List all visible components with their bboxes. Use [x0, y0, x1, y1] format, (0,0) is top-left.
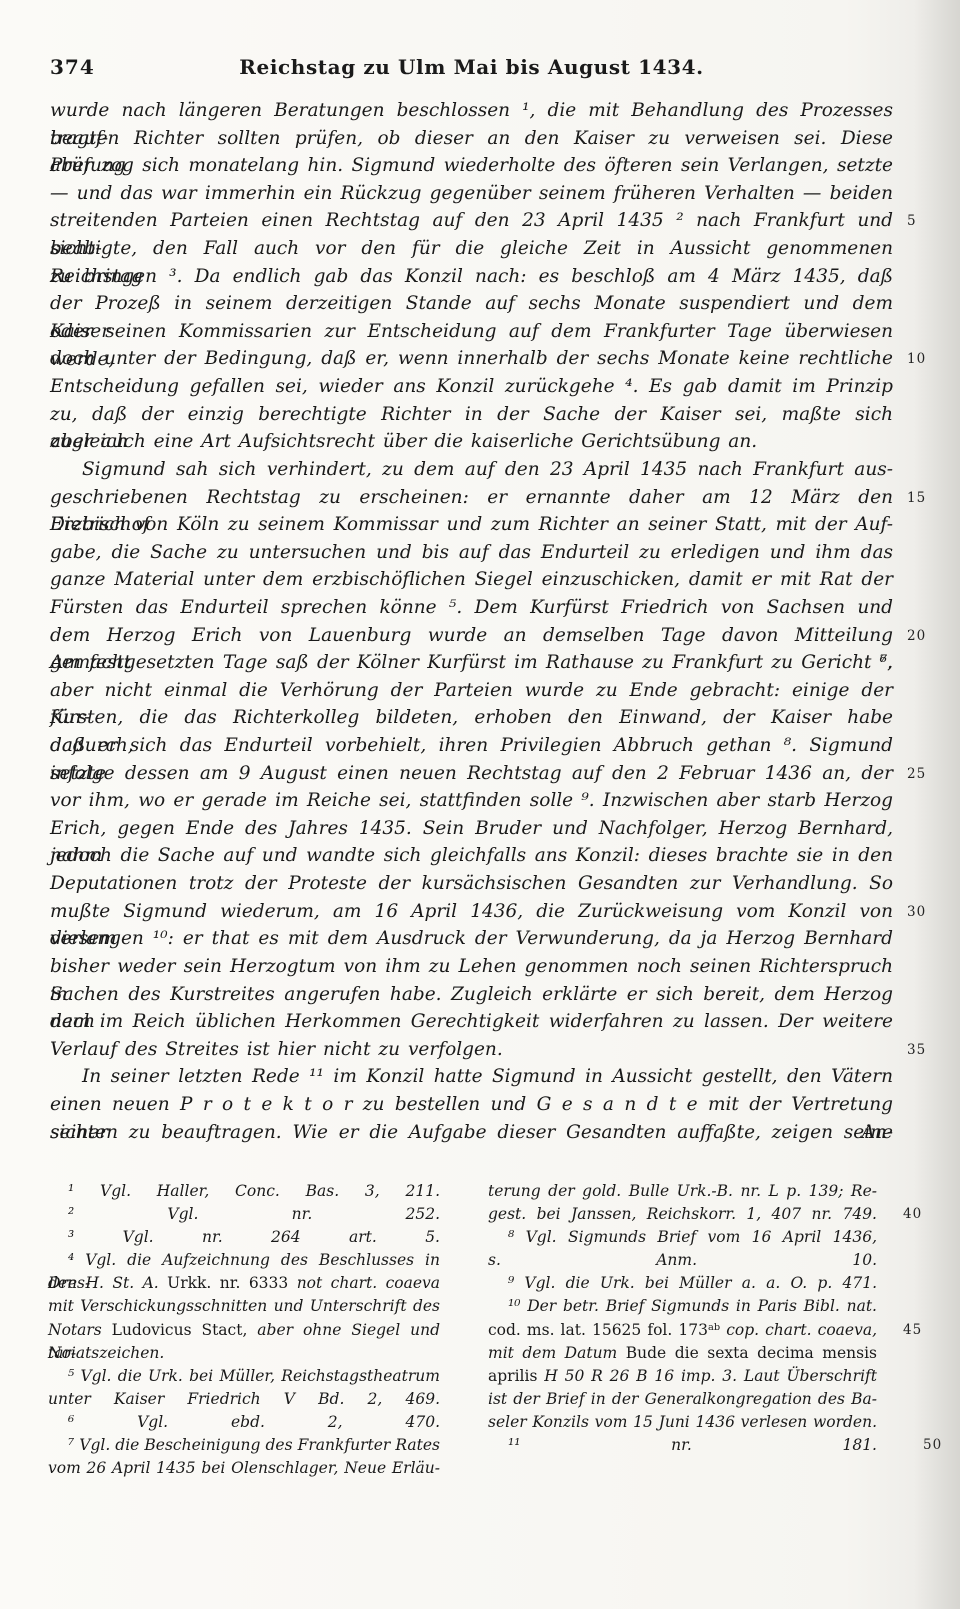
footnote-line: ist der Brief in der Generalkongregation… [488, 1388, 877, 1411]
body-line: wurde nach längeren Beratungen beschloss… [50, 97, 893, 125]
text-segment: gabe, die Sache zu untersuchen und bis a… [50, 542, 893, 563]
text-segment: den H. St. A. [48, 1274, 167, 1292]
footnote-line: ³ Vgl. nr. 264 art. 5. [48, 1226, 440, 1249]
text-segment: ² Vgl. nr. 252. [68, 1205, 440, 1223]
footnote-line: mit Verschickungsschnitten und Unterschr… [48, 1295, 440, 1318]
body-line: infolge dessen am 9 August einen neuen R… [50, 760, 893, 788]
text-segment: tariatszeichen. [48, 1344, 164, 1362]
footnote-line: cod. ms. lat. 15625 fol. 173ᵃᵇ cop. char… [488, 1319, 877, 1342]
body-line: fürsten, die das Richterkolleg bildeten,… [50, 704, 893, 732]
footnote-line: seler Konzils vom 15 Juni 1436 verlesen … [488, 1411, 877, 1434]
footnote-line: ⁵ Vgl. die Urk. bei Müller, Reichstagsth… [48, 1365, 440, 1388]
margin-line-number: 35 [907, 1037, 926, 1065]
margin-line-number: 50 [903, 1434, 942, 1457]
roman-text-segment: Ludovicus Stact, [112, 1321, 248, 1339]
text-segment: ¹⁰ Der betr. Brief Sigmunds in Paris Bib… [508, 1297, 877, 1315]
body-line: Am festgesetzten Tage saß der Kölner Kur… [50, 649, 893, 677]
margin-line-number: 25 [907, 761, 926, 789]
footnote-line: ⁸ Vgl. Sigmunds Brief vom 16 April 1436, [488, 1226, 877, 1249]
body-line: In seiner letzten Rede ¹¹ im Konzil hatt… [50, 1063, 893, 1091]
body-line: der Prozeß in seinem derzeitigen Stande … [50, 290, 893, 318]
text-segment: Sigmund sah sich verhindert, zu dem auf … [82, 459, 893, 480]
body-line: tragten Richter sollten prüfen, ob diese… [50, 125, 893, 153]
text-segment: seler Konzils vom 15 Juni 1436 verlesen … [488, 1413, 877, 1431]
body-line: gabe, die Sache zu untersuchen und bis a… [50, 539, 893, 567]
footnote-line: unter Kaiser Friedrich V Bd. 2, 469. [48, 1388, 440, 1411]
page-header: 374 Reichstag zu Ulm Mai bis August 1434… [50, 55, 893, 83]
body-line: streitenden Parteien einen Rechtstag auf… [50, 207, 893, 235]
roman-text-segment: Bude die sexta decima mensis [626, 1344, 877, 1362]
text-segment: Fürsten das Endurteil sprechen könne ⁵. … [50, 597, 893, 618]
footnote-line: terung der gold. Bulle Urk.-B. nr. L p. … [488, 1180, 877, 1203]
text-segment: cop. chart. coaeva, [726, 1321, 877, 1339]
margin-line-number: 15 [907, 485, 926, 513]
page-number: 374 [50, 55, 95, 79]
text-segment: ⁹ Vgl. die Urk. bei Müller a. a. O. p. 4… [508, 1274, 877, 1292]
body-line: Dietrich von Köln zu seinem Kommissar un… [50, 511, 893, 539]
text-segment: aber auch eine Art Aufsichtsrecht über d… [50, 431, 757, 452]
text-segment: aber zog sich monatelang hin. Sigmund wi… [50, 155, 893, 176]
text-segment: Dietrich von Köln zu seinem Kommissar un… [50, 514, 893, 535]
body-line: Deputationen trotz der Proteste der kurs… [50, 870, 893, 898]
footnote-line: gest. bei Janssen, Reichskorr. 1, 407 nr… [488, 1203, 877, 1226]
body-line: aber nicht einmal die Verhörung der Part… [50, 677, 893, 705]
text-segment: verlangen ¹⁰: er that es mit dem Ausdruc… [50, 928, 893, 949]
body-line: verlangen ¹⁰: er that es mit dem Ausdruc… [50, 925, 893, 953]
body-line: — und das war immerhin ein Rückzug gegen… [50, 180, 893, 208]
roman-text-segment: Urkk. nr. 6333 [167, 1274, 297, 1292]
body-line: Sigmund sah sich verhindert, zu dem auf … [50, 456, 893, 484]
body-line: daß er sich das Endurteil vorbehielt, ih… [50, 732, 893, 760]
body-line: aber auch eine Art Aufsichtsrecht über d… [50, 428, 893, 456]
text-segment: ¹ Vgl. Haller, Conc. Bas. 3, 211. [68, 1182, 440, 1200]
body-line: mußte Sigmund wiederum, am 16 April 1436… [50, 898, 893, 926]
text-segment: Verlauf des Streites ist hier nicht zu v… [50, 1039, 503, 1060]
margin-line-number: 5 [907, 208, 917, 236]
footnote-line: ¹⁰ Der betr. Brief Sigmunds in Paris Bib… [488, 1295, 877, 1318]
body-line: doch unter der Bedingung, daß er, wenn i… [50, 345, 893, 373]
text-segment: In seiner letzten Rede ¹¹ im Konzil hatt… [82, 1066, 893, 1087]
body-line: geschriebenen Rechtstag zu erscheinen: e… [50, 484, 893, 512]
margin-line-number: 10 [907, 346, 926, 374]
margin-line-number: 20 [907, 623, 926, 651]
footnote-line: ² Vgl. nr. 252. [48, 1203, 440, 1226]
text-segment: not chart. coaeva [297, 1274, 440, 1292]
footnote-line: ⁷ Vgl. die Bescheinigung des Frankfurter… [48, 1434, 440, 1457]
footnote-line: ⁴ Vgl. die Aufzeichnung des Beschlusses … [48, 1249, 440, 1272]
footnotes-left-column: ¹ Vgl. Haller, Conc. Bas. 3, 211.² Vgl. … [48, 1180, 440, 1480]
body-line: dem im Reich üblichen Herkommen Gerechti… [50, 1008, 893, 1036]
footnote-line: ¹ Vgl. Haller, Conc. Bas. 3, 211. [48, 1180, 440, 1203]
text-segment: zu bringen ³. Da endlich gab das Konzil … [50, 266, 893, 287]
text-segment: Deputationen trotz der Proteste der kurs… [50, 873, 893, 894]
body-line: einen neuen P r o t e k t o r zu bestell… [50, 1091, 893, 1119]
book-page: 374 Reichstag zu Ulm Mai bis August 1434… [0, 0, 960, 1609]
roman-text-segment: cod. ms. lat. 15625 fol. 173ᵃᵇ [488, 1321, 726, 1339]
roman-text-segment: aprilis [488, 1367, 544, 1385]
footnote-line: vom 26 April 1435 bei Olenschlager, Neue… [48, 1457, 440, 1480]
body-line: bisher weder sein Herzogtum von ihm zu L… [50, 953, 893, 981]
text-segment: ¹¹ nr. 181. [508, 1436, 877, 1454]
body-line: Sachen des Kurstreites angerufen habe. Z… [50, 981, 893, 1009]
margin-line-number: 40 [903, 1203, 922, 1226]
text-segment: unter Kaiser Friedrich V Bd. 2, 469. [48, 1390, 440, 1408]
body-line: zu bringen ³. Da endlich gab das Konzil … [50, 263, 893, 291]
body-line: Erich, gegen Ende des Jahres 1435. Sein … [50, 815, 893, 843]
body-line: vor ihm, wo er gerade im Reiche sei, sta… [50, 787, 893, 815]
margin-line-number: 30 [907, 899, 926, 927]
text-segment: ⁷ Vgl. die Bescheinigung des Frankfurter… [68, 1436, 440, 1454]
text-segment: mit Verschickungsschnitten und Unterschr… [48, 1297, 440, 1315]
text-segment: — und das war immerhin ein Rückzug gegen… [50, 183, 893, 204]
text-segment: ⁸ Vgl. Sigmunds Brief vom 16 April 1436, [508, 1228, 877, 1246]
text-segment: Entscheidung gefallen sei, wieder ans Ko… [50, 376, 893, 397]
body-line: sichtigte, den Fall auch vor den für die… [50, 235, 893, 263]
text-segment: ist der Brief in der Generalkongregation… [488, 1390, 877, 1408]
margin-line-number: 45 [903, 1319, 922, 1342]
body-line: zu, daß der einzig berechtigte Richter i… [50, 401, 893, 429]
footnote-line: den H. St. A. Urkk. nr. 6333 not chart. … [48, 1272, 440, 1295]
body-line: oder seinen Kommissarien zur Entscheidun… [50, 318, 893, 346]
text-segment: ganze Material unter dem erzbischöfliche… [50, 569, 893, 590]
text-segment: gest. bei Janssen, Reichskorr. 1, 407 nr… [488, 1205, 877, 1223]
body-line: Verlauf des Streites ist hier nicht zu v… [50, 1036, 893, 1064]
text-segment: jedoch die Sache auf und wandte sich gle… [50, 845, 893, 866]
text-segment: vom 26 April 1435 bei Olenschlager, Neue… [48, 1459, 440, 1477]
footnotes-right-column: terung der gold. Bulle Urk.-B. nr. L p. … [488, 1180, 877, 1457]
body-line: ganze Material unter dem erzbischöfliche… [50, 566, 893, 594]
text-segment: s. Anm. 10. [488, 1251, 877, 1269]
footnote-line: tariatszeichen. [48, 1342, 440, 1365]
text-segment: infolge dessen am 9 August einen neuen R… [50, 763, 893, 784]
body-line: sichten zu beauftragen. Wie er die Aufga… [50, 1119, 893, 1147]
text-segment: Am festgesetzten Tage saß der Kölner Kur… [50, 652, 893, 673]
text-segment: ⁶ Vgl. ebd. 2, 470. [68, 1413, 440, 1431]
body-line: dem Herzog Erich von Lauenburg wurde an … [50, 622, 893, 650]
footnote-line: ⁹ Vgl. die Urk. bei Müller a. a. O. p. 4… [488, 1272, 877, 1295]
text-segment: vor ihm, wo er gerade im Reiche sei, sta… [50, 790, 893, 811]
footnote-line: Notars Ludovicus Stact, aber ohne Siegel… [48, 1319, 440, 1342]
body-line: jedoch die Sache auf und wandte sich gle… [50, 842, 893, 870]
body-line: Entscheidung gefallen sei, wieder ans Ko… [50, 373, 893, 401]
text-segment: dem im Reich üblichen Herkommen Gerechti… [50, 1011, 893, 1032]
body-text-block: wurde nach längeren Beratungen beschloss… [50, 97, 893, 1146]
footnote-line: ⁶ Vgl. ebd. 2, 470. [48, 1411, 440, 1434]
footnote-line: mit dem Datum Bude die sexta decima mens… [488, 1342, 877, 1365]
text-segment: terung der gold. Bulle Urk.-B. nr. L p. … [488, 1182, 877, 1200]
text-segment: Notars [48, 1321, 112, 1339]
footnote-line: aprilis H 50 R 26 B 16 imp. 3. Laut Über… [488, 1365, 877, 1388]
text-segment: ³ Vgl. nr. 264 art. 5. [68, 1228, 440, 1246]
text-segment: doch unter der Bedingung, daß er, wenn i… [50, 348, 893, 369]
body-line: aber zog sich monatelang hin. Sigmund wi… [50, 152, 893, 180]
footnote-line: s. Anm. 10. [488, 1249, 877, 1272]
running-head-title: Reichstag zu Ulm Mai bis August 1434. [50, 55, 893, 79]
body-line: Fürsten das Endurteil sprechen könne ⁵. … [50, 594, 893, 622]
text-segment: ⁵ Vgl. die Urk. bei Müller, Reichstagsth… [68, 1367, 440, 1385]
text-segment: H 50 R 26 B 16 imp. 3. Laut Überschrift [544, 1367, 877, 1385]
footnote-line: ¹¹ nr. 181.50 [488, 1434, 877, 1457]
text-segment: sichten zu beauftragen. Wie er die Aufga… [50, 1122, 893, 1143]
text-segment: mit dem Datum [488, 1344, 626, 1362]
